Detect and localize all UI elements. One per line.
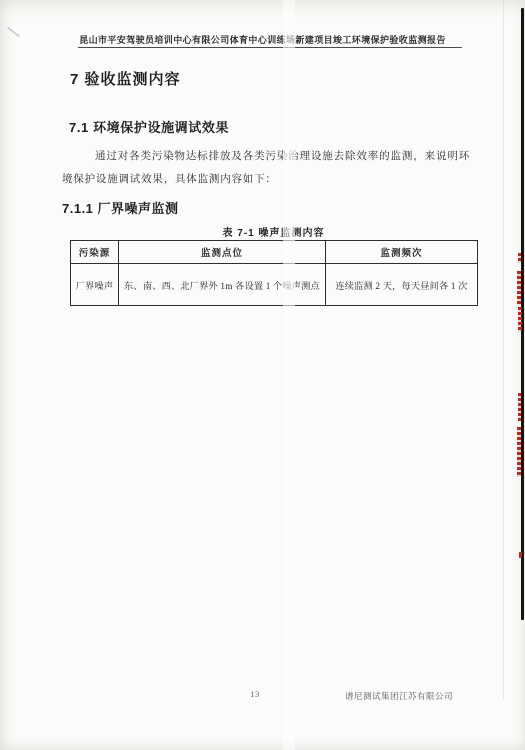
red-edge-artifact [517,427,521,477]
subsection-heading: 7.1.1 厂界噪声监测 [62,198,179,217]
scan-light-streak [283,0,295,750]
table-header-pollution-source: 污染源 [71,241,119,264]
table-cell-monitoring-points: 东、南、西、北厂界外 1m 各设置 1 个噪声测点 [119,264,326,306]
footer-company-name: 谱尼测试集团江苏有限公司 [345,690,453,702]
chapter-heading: 7 验收监测内容 [70,68,181,89]
section-heading: 7.1 环境保护设施调试效果 [69,117,229,136]
scan-fold-line [503,0,504,700]
red-edge-artifact [518,253,521,263]
table-cell-pollution-source: 厂界噪声 [71,264,119,306]
running-header-rule [78,47,462,48]
table-row: 厂界噪声 东、南、西、北厂界外 1m 各设置 1 个噪声测点 连续监测 2 天，… [71,264,478,306]
red-edge-artifact [519,552,522,558]
red-edge-artifact [518,393,521,421]
red-edge-artifact [517,271,521,305]
body-paragraph: 通过对各类污染物达标排放及各类污染治理设施去除效率的监测，来说明环境保护设施调试… [62,145,470,191]
scanned-document-page: 昆山市平安驾驶员培训中心有限公司体育中心训练场新建项目竣工环境保护验收监测报告 … [0,0,525,750]
table-caption: 表 7-1 噪声监测内容 [70,224,477,239]
running-header-title: 昆山市平安驾驶员培训中心有限公司体育中心训练场新建项目竣工环境保护验收监测报告 [0,33,525,46]
noise-monitoring-table: 污染源 监测点位 监测频次 厂界噪声 东、南、西、北厂界外 1m 各设置 1 个… [70,240,478,306]
red-edge-artifact [518,307,522,332]
page-number: 13 [244,689,266,699]
table-cell-monitoring-frequency: 连续监测 2 天，每天昼间各 1 次 [326,264,478,306]
table-header-row: 污染源 监测点位 监测频次 [71,241,478,264]
table-header-monitoring-frequency: 监测频次 [326,241,478,264]
table-header-monitoring-points: 监测点位 [119,241,326,264]
